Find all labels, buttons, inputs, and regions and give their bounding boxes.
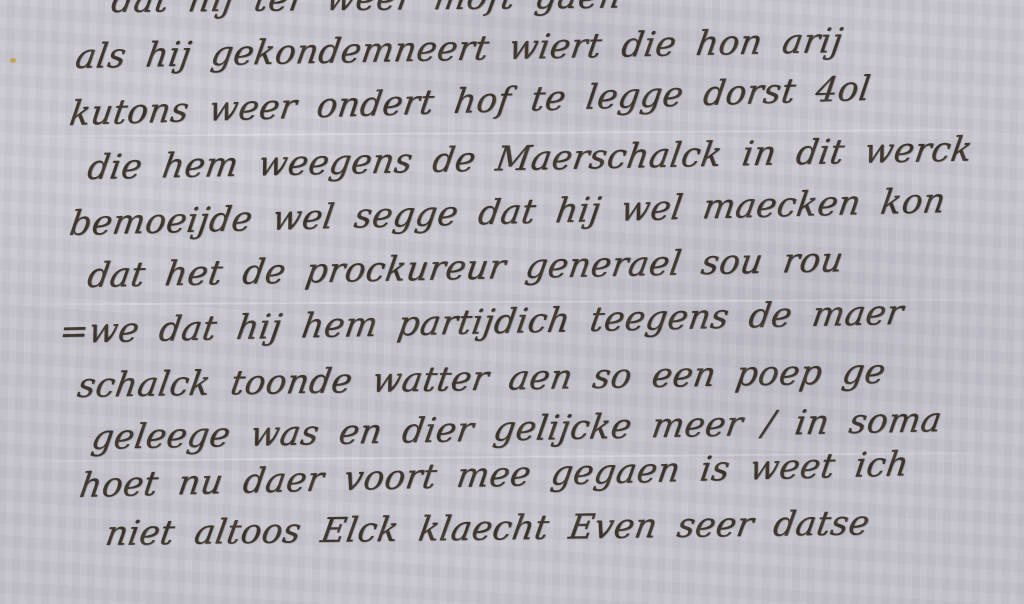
letter-paper: dat hij ter weer moft gaen als hij gekon…: [0, 0, 1024, 604]
paper-crease: [0, 298, 1024, 305]
scan-background: dat hij ter weer moft gaen als hij gekon…: [0, 0, 1024, 604]
handwritten-line-6: dat het de prockureur generael sou rou: [85, 243, 846, 293]
handwritten-line-10: hoet nu daer voort mee gegaen is weet ic…: [77, 447, 911, 503]
handwritten-line-11: niet altoos Elck klaecht Even seer datse: [103, 506, 872, 551]
paper-crease: [0, 128, 1024, 137]
handwritten-line-2: als hij gekondemneert wiert die hon arij: [73, 24, 845, 74]
paper-crease: [0, 452, 1024, 463]
handwritten-line-5: bemoeijde wel segge dat hij wel maecken …: [67, 184, 948, 241]
paper-speck: [10, 58, 16, 63]
handwritten-line-8: schalck toonde watter aen so een poep ge: [75, 355, 888, 403]
handwritten-line-3: kutons weer ondert hof te legge dorst 4o…: [68, 72, 873, 131]
handwritten-line-9: geleege was en dier gelijcke meer / in s…: [89, 403, 944, 455]
handwritten-line-1: dat hij ter weer moft gaen: [109, 0, 624, 18]
handwritten-line-7: =we dat hij hem partijdich teegens de ma…: [57, 296, 906, 349]
handwritten-line-4: die hem weegens de Maerschalck in dit we…: [85, 132, 975, 185]
